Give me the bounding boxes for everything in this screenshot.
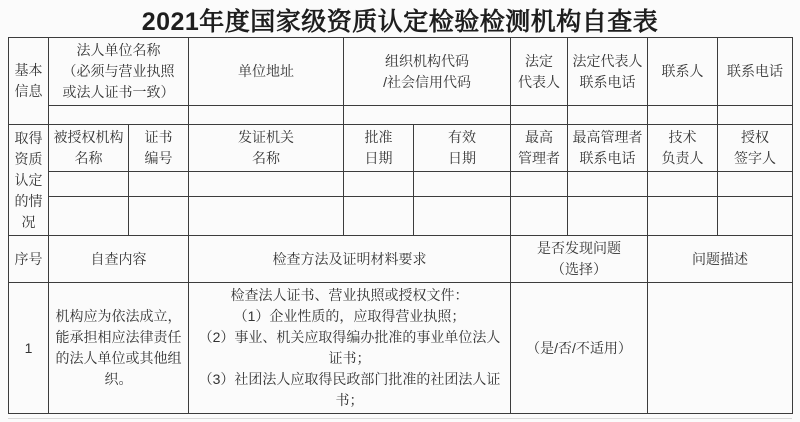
qualification-blank-row-2 <box>9 197 793 236</box>
cell-self-check-content: 机构应为依法成立，能承担相应法律责任的法人单位或其他组织。 <box>49 283 189 414</box>
blank-cell <box>344 197 414 236</box>
scanned-page-background: 2021年度国家级资质认定检验检测机构自查表 基本 信息 法人单位名称 （必须与… <box>0 0 800 422</box>
blank-cell <box>568 197 648 236</box>
header-authorized-org-name: 被授权机构 名称 <box>49 125 129 172</box>
blank-cell-legal-representative-phone <box>568 106 648 125</box>
blank-cell <box>414 197 511 236</box>
basic-info-blank-row <box>9 106 793 125</box>
blank-cell <box>49 197 129 236</box>
blank-cell <box>718 172 793 197</box>
cell-problem-found-option: （是/否/不适用） <box>511 283 648 414</box>
checklist-row-1: 1 机构应为依法成立，能承担相应法律责任的法人单位或其他组织。 检查法人证书、营… <box>9 283 793 414</box>
header-approval-date: 批准 日期 <box>344 125 414 172</box>
basic-info-section-label: 基本 信息 <box>9 38 49 125</box>
header-tech-director: 技术 负责人 <box>648 125 718 172</box>
header-authorized-signatory: 授权 签字人 <box>718 125 793 172</box>
header-legal-representative-phone: 法定代表人 联系电话 <box>568 38 648 106</box>
header-org-code: 组织机构代码 /社会信用代码 <box>344 38 511 106</box>
blank-cell <box>49 172 129 197</box>
header-issuing-authority: 发证机关 名称 <box>189 125 344 172</box>
form-title: 2021年度国家级资质认定检验检测机构自查表 <box>0 2 800 38</box>
checklist-header-row: 序号 自查内容 检查方法及证明材料要求 是否发现问题 （选择） 问题描述 <box>9 236 793 283</box>
header-top-manager-phone: 最高管理者 联系电话 <box>568 125 648 172</box>
blank-cell <box>648 172 718 197</box>
blank-cell-unit-address <box>189 106 344 125</box>
cell-seq-number: 1 <box>9 283 49 414</box>
blank-cell-contact-phone <box>718 106 793 125</box>
blank-cell <box>189 197 344 236</box>
blank-cell <box>414 172 511 197</box>
blank-cell <box>129 172 189 197</box>
blank-cell <box>718 197 793 236</box>
qualification-section-label: 取得 资质 认定 的情 况 <box>9 125 49 236</box>
cell-check-method: 检查法人证书、营业执照或授权文件： （1）企业性质的，应取得营业执照； （2）事… <box>189 283 511 414</box>
cell-problem-description <box>648 283 793 414</box>
blank-cell <box>568 172 648 197</box>
header-problem-description: 问题描述 <box>648 236 793 283</box>
qualification-blank-row-1 <box>9 172 793 197</box>
scan-artifact-line <box>8 418 792 419</box>
header-problem-found: 是否发现问题 （选择） <box>511 236 648 283</box>
header-check-method: 检查方法及证明材料要求 <box>189 236 511 283</box>
header-valid-date: 有效 日期 <box>414 125 511 172</box>
header-legal-entity-name: 法人单位名称 （必须与营业执照 或法人证书一致） <box>49 38 189 106</box>
blank-cell-legal-entity-name <box>49 106 189 125</box>
blank-cell <box>648 197 718 236</box>
header-self-check-content: 自查内容 <box>49 236 189 283</box>
header-contact-phone: 联系电话 <box>718 38 793 106</box>
blank-cell-legal-representative <box>511 106 568 125</box>
self-inspection-form-table: 基本 信息 法人单位名称 （必须与营业执照 或法人证书一致） 单位地址 组织机构… <box>8 37 793 414</box>
header-seq-number: 序号 <box>9 236 49 283</box>
header-unit-address: 单位地址 <box>189 38 344 106</box>
basic-info-header-row: 基本 信息 法人单位名称 （必须与营业执照 或法人证书一致） 单位地址 组织机构… <box>9 38 793 106</box>
blank-cell <box>344 172 414 197</box>
header-legal-representative: 法定 代表人 <box>511 38 568 106</box>
blank-cell <box>511 197 568 236</box>
blank-cell <box>511 172 568 197</box>
blank-cell-org-code <box>344 106 511 125</box>
blank-cell-contact-person <box>648 106 718 125</box>
header-cert-number: 证书 编号 <box>129 125 189 172</box>
blank-cell <box>189 172 344 197</box>
header-top-manager: 最高 管理者 <box>511 125 568 172</box>
qualification-header-row: 取得 资质 认定 的情 况 被授权机构 名称 证书 编号 发证机关 名称 批准 … <box>9 125 793 172</box>
blank-cell <box>129 197 189 236</box>
header-contact-person: 联系人 <box>648 38 718 106</box>
